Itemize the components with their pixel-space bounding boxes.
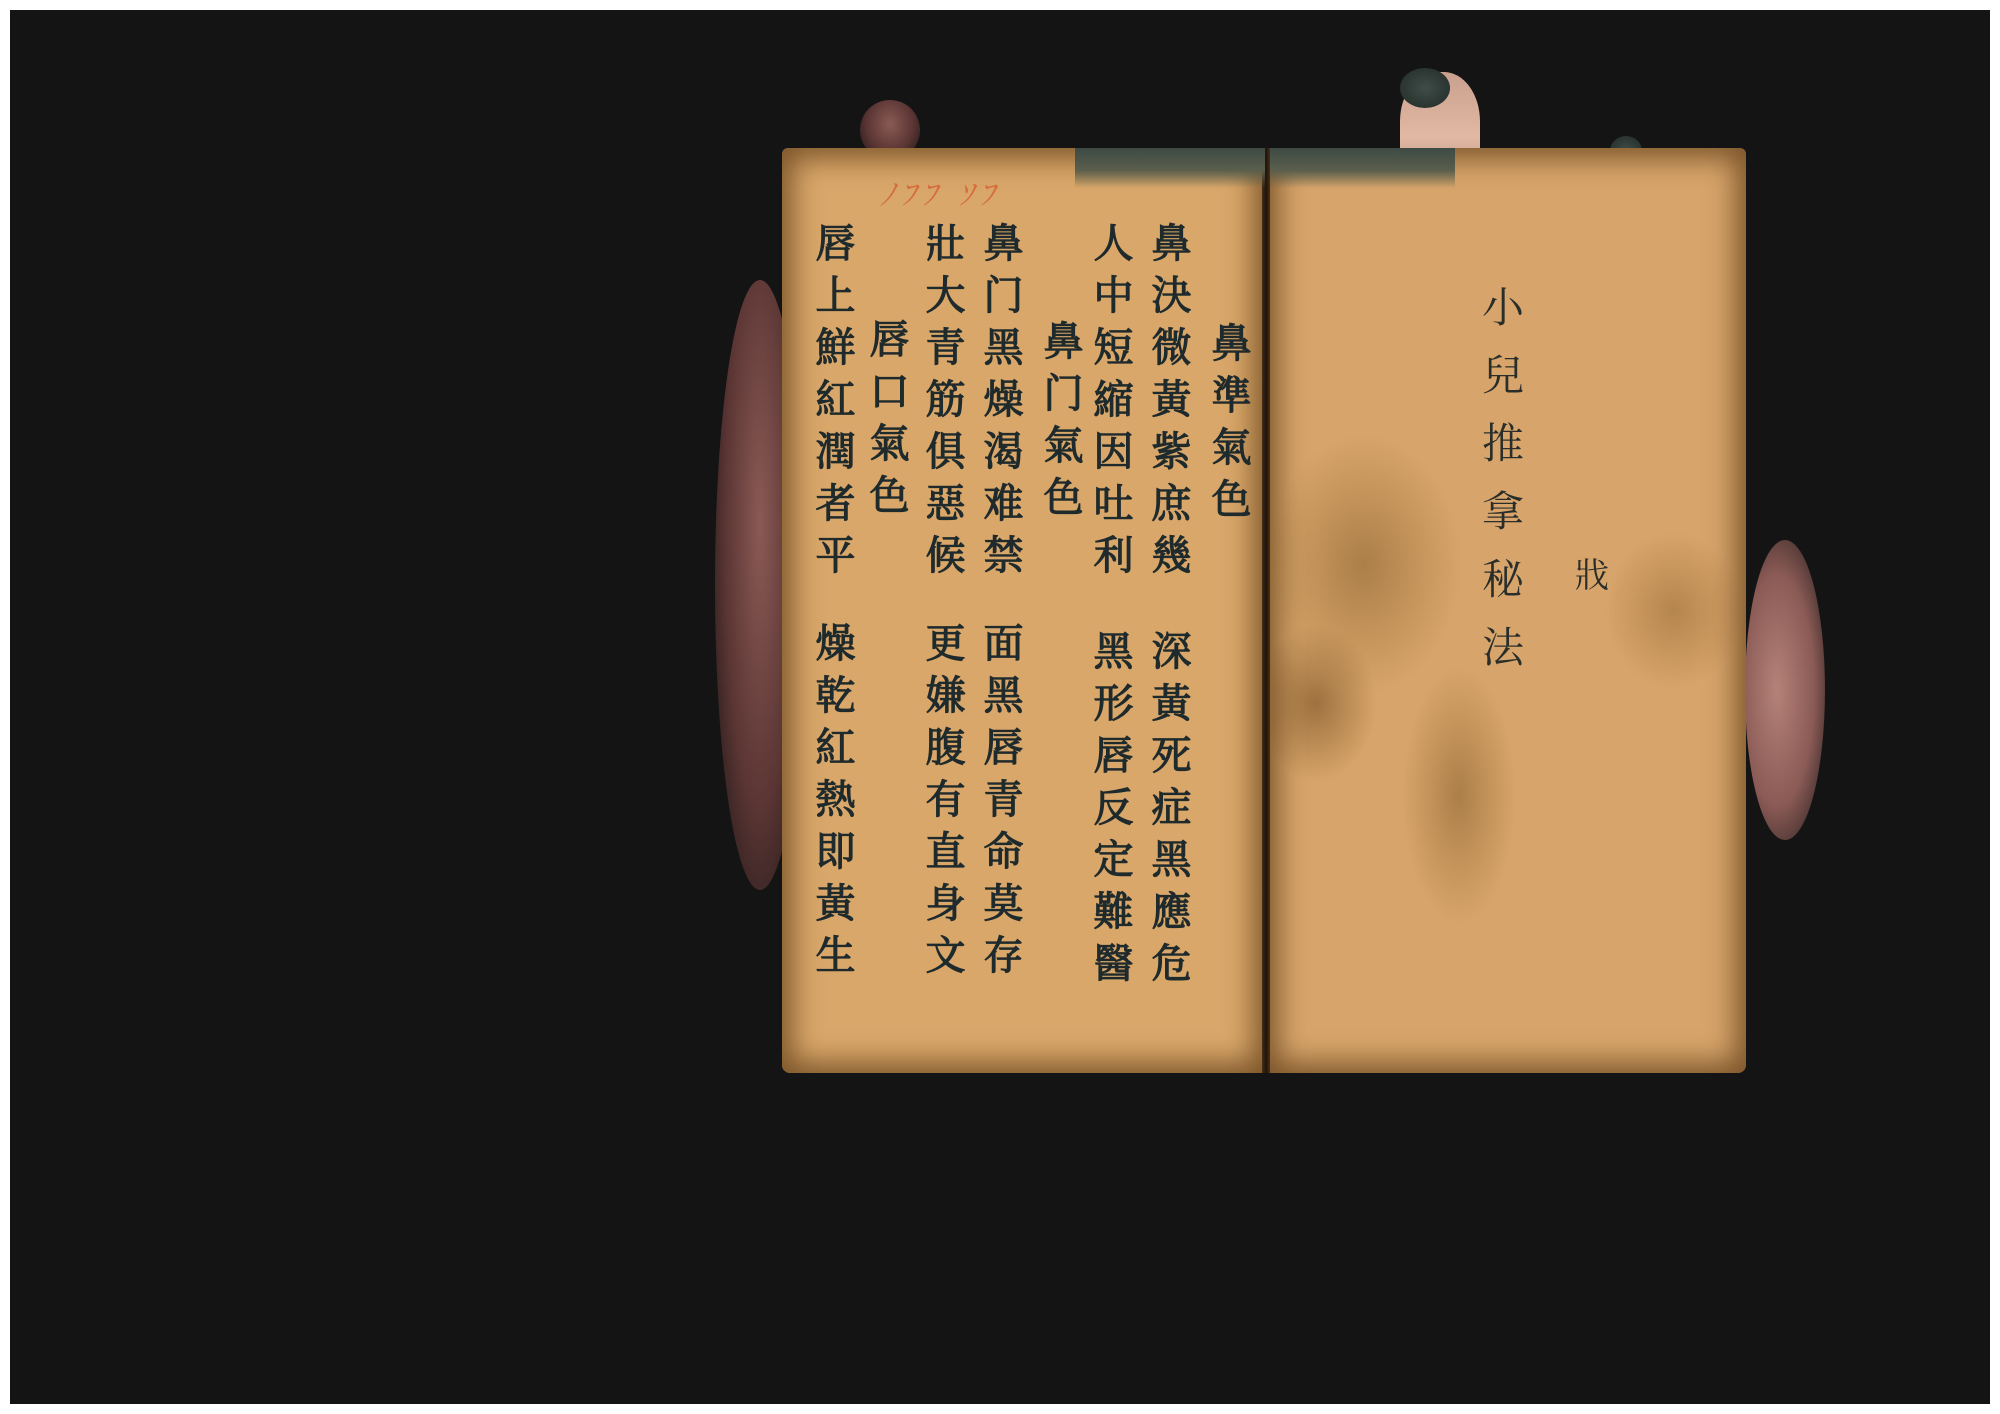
text-column-2-bottom: 深黃死症黑應危 — [1148, 630, 1188, 994]
text-column-3-bottom: 黑形唇反定難醫 — [1090, 630, 1130, 994]
text-column-5-top: 鼻门黑燥渴难禁 — [980, 222, 1020, 586]
book-title: 小兒推拿秘法 — [1470, 285, 1530, 693]
book-spine — [1262, 148, 1270, 1073]
text-column-4: 鼻门氣色 — [1040, 320, 1080, 528]
side-note: 戕 — [1575, 548, 1609, 597]
red-annotation: ﾉﾌﾌ ｿﾌ — [880, 170, 1080, 230]
text-column-3-top: 人中短縮因吐利 — [1090, 222, 1130, 586]
text-column-8-bottom: 燥乾紅熱即黃生 — [812, 622, 852, 986]
text-column-6-top: 壯大青筋俱惡候 — [922, 222, 962, 586]
text-column-7: 唇口氣色 — [866, 318, 906, 526]
thumb-nail — [1400, 68, 1450, 108]
text-column-6-bottom: 更嫌腹有直身文 — [922, 622, 962, 986]
right-hand — [1745, 540, 1825, 840]
text-column-2-top: 鼻決微黃紫庶幾 — [1148, 222, 1188, 586]
text-column-8-top: 唇上鮮紅潤者平 — [812, 222, 852, 586]
text-column-1: 鼻準氣色 — [1208, 322, 1248, 530]
text-column-5-bottom: 面黑唇青命莫存 — [980, 622, 1020, 986]
water-stain-left — [1075, 148, 1265, 188]
water-stain-right — [1270, 148, 1455, 188]
